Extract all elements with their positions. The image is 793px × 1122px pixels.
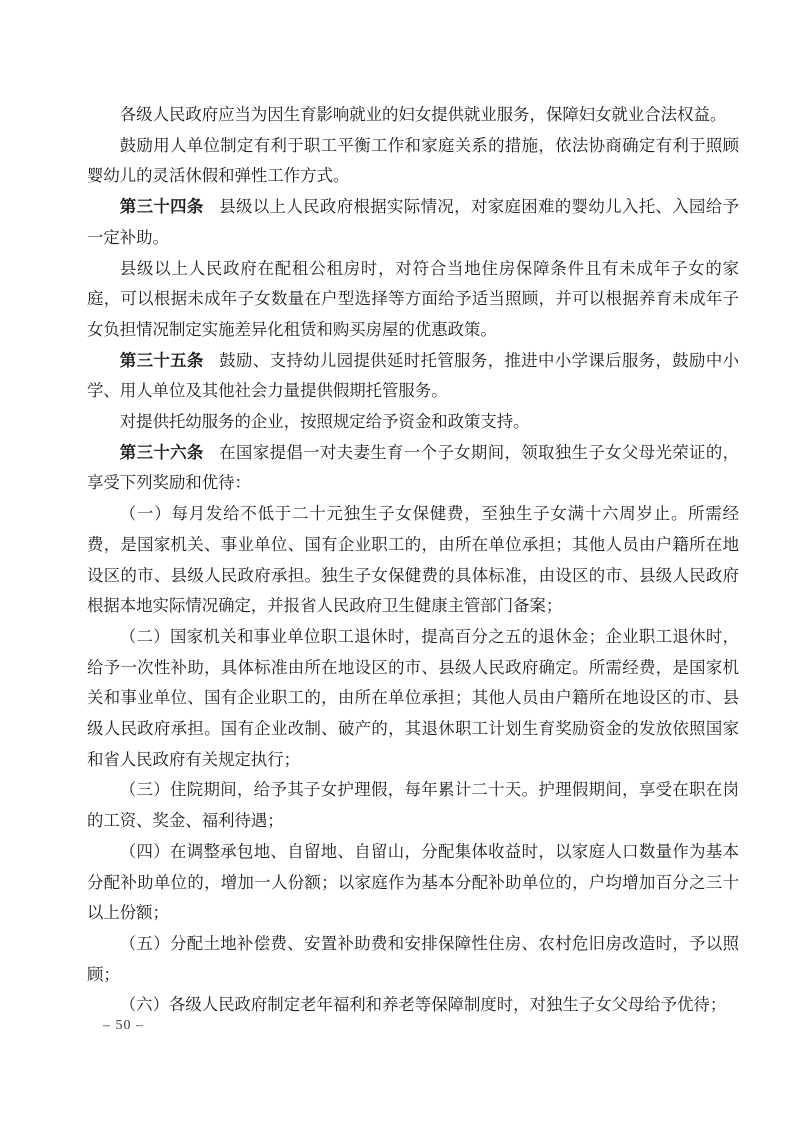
paragraph-text: （四）在调整承包地、自留地、自留山，分配集体收益时，以家庭人口数量作为基本分配补… <box>87 842 739 922</box>
paragraph-text: 鼓励用人单位制定有利于职工平衡工作和家庭关系的措施，依法协商确定有利于照顾婴幼儿… <box>87 136 739 186</box>
article-34-number: 第三十四条 <box>120 198 204 216</box>
paragraph-text: 县级以上人民政府在配租公租房时，对符合当地住房保障条件且有未成年子女的家庭，可以… <box>87 259 739 339</box>
paragraph-text: （二）国家机关和事业单位职工退休时，提高百分之五的退休金；企业职工退休时，给予一… <box>87 627 739 769</box>
paragraph-article-36: 第三十六条在国家提倡一对夫妻生育一个子女期间，领取独生子女父母光荣证的，享受下列… <box>87 438 739 499</box>
paragraph-employment-services: 各级人民政府应当为因生育影响就业的妇女提供就业服务，保障妇女就业合法权益。 <box>87 100 739 131</box>
paragraph-text: （六）各级人民政府制定老年福利和养老等保障制度时，对独生子女父母给予优待； <box>120 995 726 1014</box>
article-36-number: 第三十六条 <box>120 444 204 462</box>
paragraph-item-4: （四）在调整承包地、自留地、自留山，分配集体收益时，以家庭人口数量作为基本分配补… <box>87 837 739 929</box>
paragraph-public-housing: 县级以上人民政府在配租公租房时，对符合当地住房保障条件且有未成年子女的家庭，可以… <box>87 254 739 346</box>
paragraph-item-3: （三）住院期间，给予其子女护理假，每年累计二十天。护理假期间，享受在职在岗的工资… <box>87 775 739 836</box>
article-35-number: 第三十五条 <box>120 352 204 370</box>
paragraph-text: 各级人民政府应当为因生育影响就业的妇女提供就业服务，保障妇女就业合法权益。 <box>120 105 726 124</box>
document-page: 各级人民政府应当为因生育影响就业的妇女提供就业服务，保障妇女就业合法权益。 鼓励… <box>0 0 793 1122</box>
paragraph-item-6: （六）各级人民政府制定老年福利和养老等保障制度时，对独生子女父母给予优待； <box>87 990 739 1021</box>
paragraph-item-5: （五）分配土地补偿费、安置补助费和安排保障性住房、农村危旧房改造时，予以照顾； <box>87 929 739 990</box>
paragraph-text: （三）住院期间，给予其子女护理假，每年累计二十天。护理假期间，享受在职在岗的工资… <box>87 780 739 830</box>
paragraph-text: （五）分配土地补偿费、安置补助费和安排保障性住房、农村危旧房改造时，予以照顾； <box>87 934 739 984</box>
paragraph-employer-measures: 鼓励用人单位制定有利于职工平衡工作和家庭关系的措施，依法协商确定有利于照顾婴幼儿… <box>87 131 739 192</box>
paragraph-article-35: 第三十五条鼓励、支持幼儿园提供延时托管服务，推进中小学课后服务，鼓励中小学、用人… <box>87 346 739 407</box>
document-body: 各级人民政府应当为因生育影响就业的妇女提供就业服务，保障妇女就业合法权益。 鼓励… <box>87 100 739 1021</box>
page-number: – 50 – <box>103 1018 144 1034</box>
paragraph-item-2: （二）国家机关和事业单位职工退休时，提高百分之五的退休金；企业职工退休时，给予一… <box>87 622 739 776</box>
paragraph-childcare-enterprises: 对提供托幼服务的企业，按照规定给予资金和政策支持。 <box>87 407 739 438</box>
paragraph-article-34: 第三十四条县级以上人民政府根据实际情况，对家庭困难的婴幼儿入托、入园给予一定补助… <box>87 192 739 253</box>
paragraph-item-1: （一）每月发给不低于二十元独生子女保健费，至独生子女满十六周岁止。所需经费，是国… <box>87 499 739 622</box>
paragraph-text: （一）每月发给不低于二十元独生子女保健费，至独生子女满十六周岁止。所需经费，是国… <box>87 504 739 615</box>
paragraph-text: 对提供托幼服务的企业，按照规定给予资金和政策支持。 <box>120 412 530 431</box>
